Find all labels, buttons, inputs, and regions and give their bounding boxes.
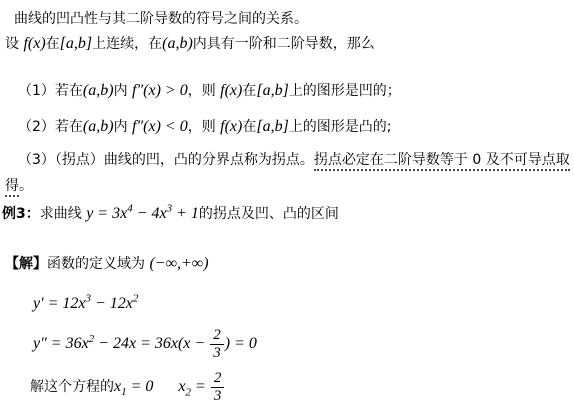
math-root-x2: x2 = 23	[178, 370, 225, 405]
item-1-text-2: 内	[114, 83, 132, 99]
solution-line: 【解】函数的定义域为 (−∞,+∞)	[5, 251, 209, 277]
item-3: （3）（拐点）曲线的凹，凸的分界点称为拐点。拐点必定在二阶导数等于 0 及不可导…	[5, 147, 571, 199]
math-f-of-x: f(x)	[220, 118, 242, 135]
second-derivative-equation: y″ = 36x2 − 24x = 36x(x − 23) = 0	[33, 322, 257, 366]
math-second-derivative-negative: f″(x) < 0	[132, 118, 188, 135]
item-1-text-3: ，则	[188, 83, 220, 99]
item-1-text-4: 在	[242, 83, 256, 99]
example-heading: 例3：求曲线 y = 3x4 − 4x3 + 1的拐点及凹、凸的区间	[2, 201, 339, 227]
intro-text-4: 内具有一阶和二阶导数，那么	[193, 36, 375, 52]
math-curve-equation: y = 3x4 − 4x3 + 1	[86, 205, 199, 222]
math-domain-interval: (−∞,+∞)	[149, 255, 208, 272]
item-3-number: （3）	[18, 152, 55, 168]
item-2-text-4: 在	[242, 119, 256, 135]
item-1-text-5: 上的图形是凹的；	[289, 83, 401, 99]
math-closed-interval: [a,b]	[256, 118, 288, 135]
intro-line: 设 f(x)在[a,b]上连续，在(a,b)内具有一阶和二阶导数，那么	[5, 31, 375, 57]
item-3-text-2: 。	[19, 178, 33, 194]
fraction-two-thirds: 23	[211, 370, 225, 405]
intro-text-1: 设	[5, 36, 23, 52]
example-text-2: 的拐点及凹、凸的区间	[199, 206, 339, 222]
math-second-derivative-positive: f″(x) > 0	[132, 82, 188, 99]
solve-text-1: 解这个方程的	[30, 374, 114, 400]
doc-title: 曲线的凹凸性与其二阶导数的符号之间的关系。	[14, 6, 308, 32]
item-2-text-5: 上的图形是凸的;	[289, 119, 392, 135]
math-first-derivative: y′ = 12x3 − 12x2	[33, 295, 138, 312]
math-second-derivative: y″ = 36x2 − 24x = 36x(x − 23) = 0	[33, 327, 257, 362]
solution-text-1: 函数的定义域为	[47, 256, 149, 272]
title-text: 曲线的凹凸性与其二阶导数的符号之间的关系。	[14, 11, 308, 27]
fraction-two-thirds: 23	[210, 327, 224, 362]
solution-label: 【解】	[5, 256, 47, 272]
math-open-interval: (a,b)	[83, 82, 114, 99]
example-label: 例3：	[2, 206, 40, 222]
intro-text-3: 上连续，在	[92, 36, 162, 52]
math-closed-interval: [a,b]	[256, 82, 288, 99]
math-root-x1: x1 = 0	[114, 374, 153, 400]
first-derivative-equation: y′ = 12x3 − 12x2	[33, 291, 138, 317]
item-2-number: （2）	[18, 119, 55, 135]
item-2: （2）若在(a,b)内 f″(x) < 0，则 f(x)在[a,b]上的图形是凸…	[18, 114, 392, 140]
solve-roots-line: 解这个方程的x1 = 0x2 = 23	[30, 366, 225, 408]
math-closed-interval: [a,b]	[60, 35, 92, 52]
item-3-text-1: （拐点）曲线的凹，凸的分界点称为拐点。	[55, 152, 314, 168]
document-page: 曲线的凹凸性与其二阶导数的符号之间的关系。 设 f(x)在[a,b]上连续，在(…	[0, 0, 574, 410]
intro-text-2: 在	[46, 36, 60, 52]
math-f-of-x: f(x)	[220, 82, 242, 99]
math-f-of-x: f(x)	[23, 35, 45, 52]
math-open-interval: (a,b)	[83, 118, 114, 135]
item-2-text-1: 若在	[55, 119, 83, 135]
example-text-1: 求曲线	[40, 206, 86, 222]
item-2-text-2: 内	[114, 119, 132, 135]
math-open-interval: (a,b)	[162, 35, 193, 52]
item-1: （1）若在(a,b)内 f″(x) > 0，则 f(x)在[a,b]上的图形是凹…	[18, 78, 401, 104]
item-1-number: （1）	[18, 83, 55, 99]
item-1-text-1: 若在	[55, 83, 83, 99]
item-2-text-3: ，则	[188, 119, 220, 135]
